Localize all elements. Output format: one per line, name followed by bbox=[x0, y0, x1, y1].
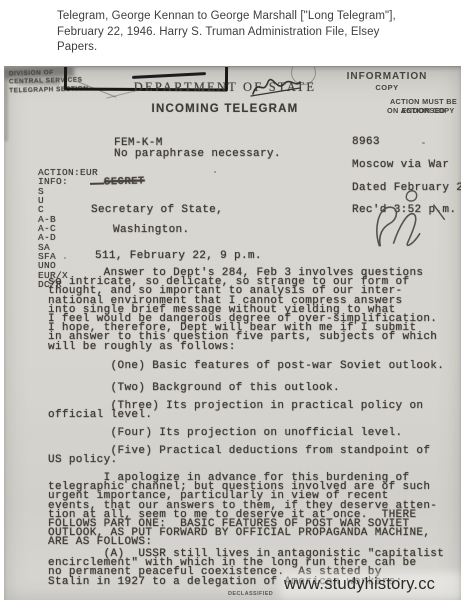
paragraph-2: I apologize in advance for this burdenin… bbox=[48, 474, 437, 548]
caption-line: Papers. bbox=[57, 40, 432, 56]
information-label: INFORMATION bbox=[314, 71, 460, 82]
telegram-number: 8963 bbox=[352, 138, 380, 147]
paper-speck bbox=[422, 142, 425, 144]
paraphrase-note: No paraphrase necessary. bbox=[114, 149, 281, 160]
department-title: DEPARTMENT OF STATE bbox=[110, 80, 340, 95]
copy-label: COPY bbox=[314, 83, 460, 92]
page: Telegram, George Kennan to George Marsha… bbox=[0, 0, 464, 600]
list-item-three: (Three) Its projection in practical poli… bbox=[48, 402, 423, 420]
information-copy-block: INFORMATION COPY ACTION MUST BE ENDORSED… bbox=[314, 71, 460, 106]
list-item-four: (Four) Its projection on unofficial leve… bbox=[48, 429, 403, 438]
watermark: www.studyhistory.cc bbox=[284, 575, 435, 594]
control-code: FEM-K-M bbox=[114, 138, 163, 149]
paragraph-1: Answer to Dept's 284, Feb 3 involves que… bbox=[48, 269, 437, 352]
caption-line: February 22, 1946. Harry S. Truman Admin… bbox=[57, 25, 432, 41]
addressee-name: Secretary of State, bbox=[91, 206, 223, 215]
incoming-telegram-title: INCOMING TELEGRAM bbox=[110, 103, 340, 115]
ink-smudge bbox=[4, 69, 8, 141]
declassified-stamp: DECLASSIFIED bbox=[228, 591, 273, 597]
signature-scribble-icon bbox=[368, 181, 457, 261]
paper-speck bbox=[214, 171, 216, 173]
pen-scribble-icon bbox=[250, 73, 302, 101]
caption: Telegram, George Kennan to George Marsha… bbox=[57, 9, 432, 56]
addressee-city: Washington. bbox=[113, 226, 189, 235]
document-scan: DIVISION OF CENTRAL SERVICES TELEGRAPH S… bbox=[4, 66, 461, 600]
list-item-five: (Five) Practical deductions from standpo… bbox=[48, 447, 430, 465]
action-endorse-note: ACTION MUST BE ENDORSED ON ACTION COPY bbox=[314, 97, 460, 106]
secret-strikethrough: SECRET bbox=[104, 175, 145, 188]
message-ref: 511, February 22, 9 p.m. bbox=[95, 252, 262, 261]
list-item-one: (One) Basic features of post-war Soviet … bbox=[48, 362, 444, 371]
caption-line: Telegram, George Kennan to George Marsha… bbox=[57, 9, 432, 25]
list-item-two: (Two) Background of this outlook. bbox=[48, 384, 340, 393]
route-line: Moscow via War bbox=[352, 161, 449, 170]
